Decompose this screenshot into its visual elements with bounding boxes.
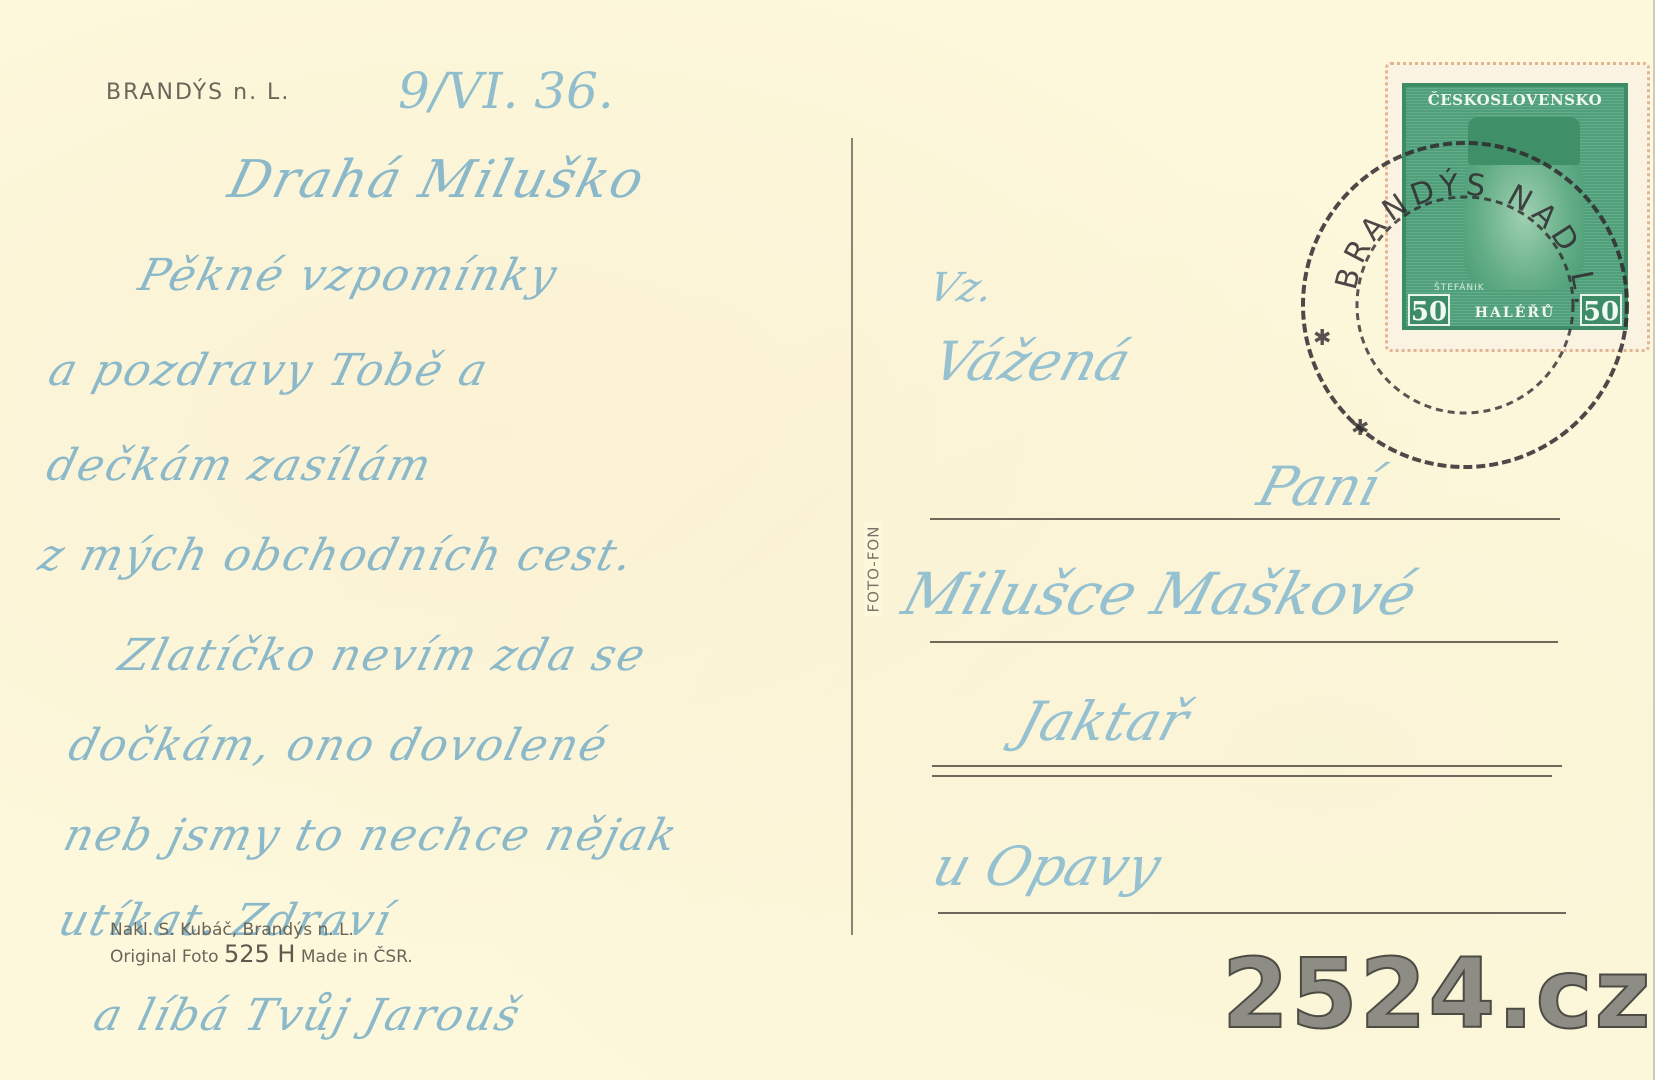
postage-stamp: ČESKOSLOVENSKO ŠTEFÁNIK 50 HALÉŘŮ 50 xyxy=(1402,83,1628,330)
publisher-line-1: Nakl. S. Kubáč, Brandýs n. L. xyxy=(110,918,413,942)
stamp-value-right: 50 xyxy=(1580,294,1622,326)
svg-text:✱: ✱ xyxy=(1313,326,1331,351)
message-line: dečkám zasílám xyxy=(42,440,438,491)
message-line: dočkám, ono dovolené xyxy=(64,720,614,771)
divider-label: FOTO-FON xyxy=(864,522,882,617)
address-rule-2 xyxy=(930,641,1558,643)
message-line: neb jsmy to nechce nějak xyxy=(59,810,684,861)
publisher-imprint: Nakl. S. Kubáč, Brandýs n. L. Original F… xyxy=(110,918,413,969)
stamp-value-left: 50 xyxy=(1408,294,1450,326)
publisher-line-2: Original Foto 525 H Made in ČSR. xyxy=(110,942,413,969)
address-rule-4 xyxy=(932,775,1552,777)
watermark: 2524.cz xyxy=(1222,938,1652,1050)
postcard: BRANDÝS n. L. 9/VI. 36. Drahá Miluško Pě… xyxy=(0,0,1655,1080)
center-divider-line xyxy=(851,138,853,935)
message-line: Zlatíčko nevím zda se xyxy=(114,630,652,681)
svg-text:✱: ✱ xyxy=(1351,416,1369,441)
printed-town-name: BRANDÝS n. L. xyxy=(106,80,290,105)
handwritten-date: 9/VI. 36. xyxy=(398,62,614,120)
address-rule-5 xyxy=(938,912,1566,914)
message-line: z mých obchodních cest. xyxy=(34,530,640,581)
stamp-unit: HALÉŘŮ xyxy=(1456,305,1574,321)
address-rule-1 xyxy=(930,518,1560,520)
message-line: a líbá Tvůj Jarouš xyxy=(89,990,527,1041)
publisher-made-in: Made in ČSR. xyxy=(301,947,413,967)
address-line: Jaktař xyxy=(1011,690,1195,753)
address-line: Vz. xyxy=(923,265,999,311)
publisher-code: 525 H xyxy=(224,940,295,968)
address-line: u Opavy xyxy=(926,835,1168,898)
publisher-original-foto: Original Foto xyxy=(110,947,219,967)
stamp-portrait-name: ŠTEFÁNIK xyxy=(1434,283,1485,293)
address-line: Vážená xyxy=(926,330,1138,393)
address-line: Paní xyxy=(1251,455,1387,518)
address-rule-3 xyxy=(932,765,1562,767)
message-line: a pozdravy Tobě a xyxy=(44,345,495,396)
message-line: Pěkné vzpomínky xyxy=(134,250,564,301)
message-line: Drahá Miluško xyxy=(223,150,652,210)
stamp-cap-icon xyxy=(1468,117,1580,165)
stamp-country: ČESKOSLOVENSKO xyxy=(1406,91,1624,109)
address-line: Milušce Maškové xyxy=(895,560,1424,628)
